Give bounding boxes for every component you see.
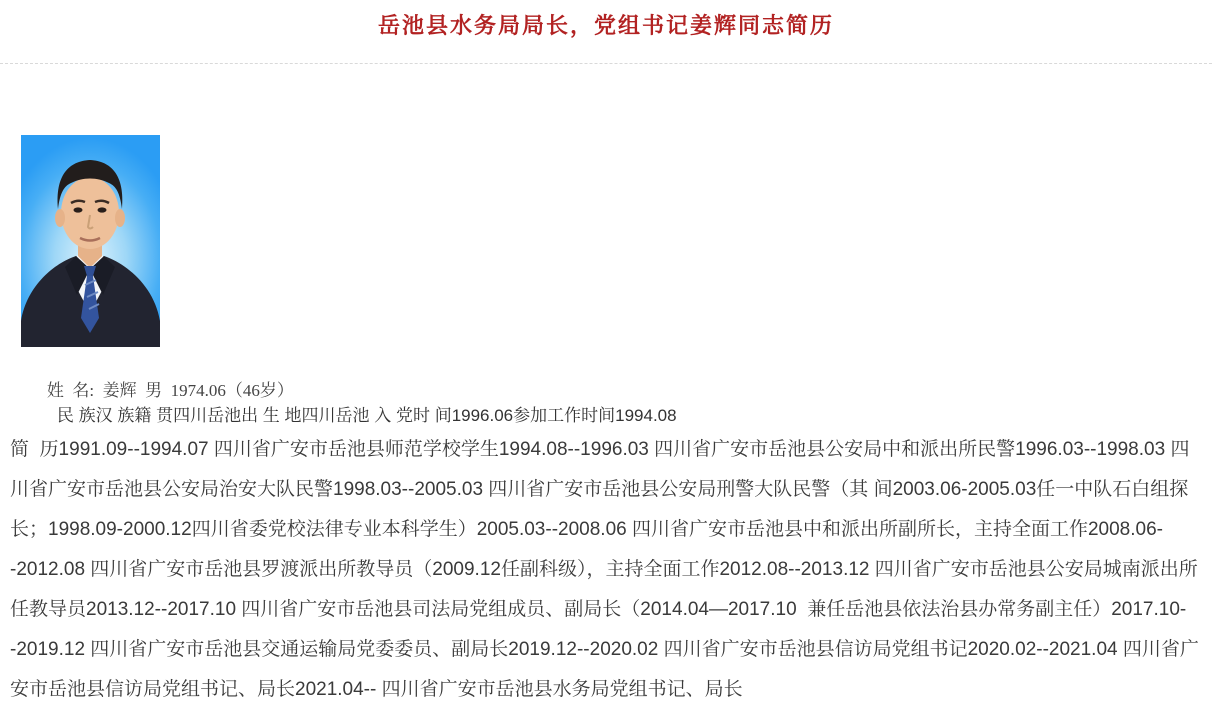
portrait-illustration: [21, 135, 160, 347]
biography-page: 岳池县水务局局长，党组书记姜辉同志简历: [0, 0, 1212, 715]
biography-text: 简 历1991.09--1994.07 四川省广安市岳池县师范学校学生1994.…: [10, 430, 1206, 710]
dashed-divider: [0, 63, 1212, 64]
portrait-photo: [21, 135, 160, 347]
page-title: 岳池县水务局局长，党组书记姜辉同志简历: [0, 9, 1212, 40]
personal-info-details: 民 族汉 族籍 贯四川岳池出 生 地四川岳池 入 党时 间1996.06参加工作…: [57, 406, 677, 425]
personal-info-name: 姓 名: 姜辉 男 1974.06（46岁）: [47, 381, 294, 400]
